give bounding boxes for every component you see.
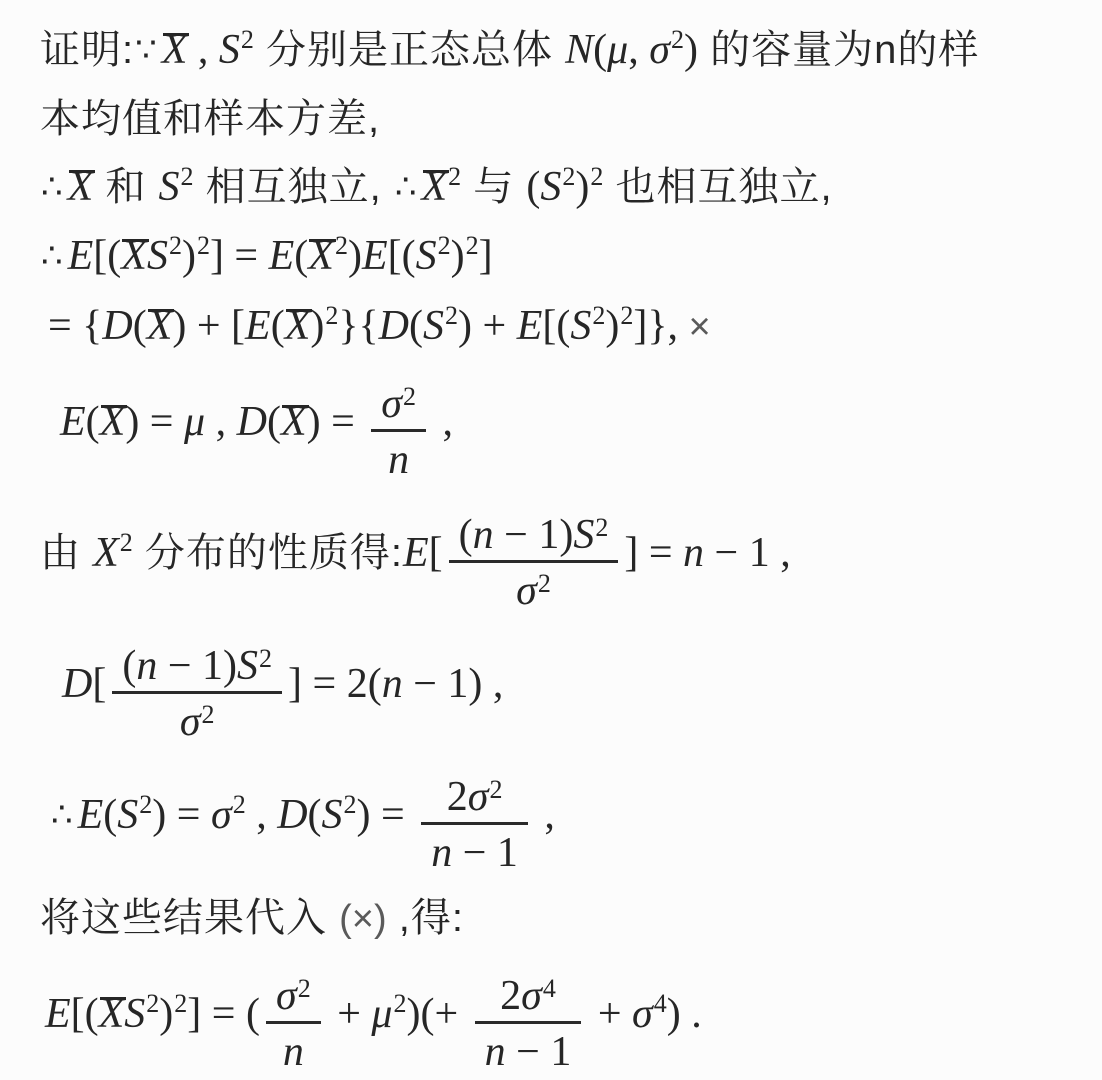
math-variable: μ — [607, 27, 628, 73]
fraction: σ2n — [371, 369, 426, 483]
math-variable: D — [277, 792, 307, 838]
proof-line-10: 将这些结果代入 (×) ,得: — [40, 893, 1090, 944]
cross-mark: (×) — [339, 898, 387, 940]
math-operator: , — [187, 27, 219, 73]
fraction: 2σ4n − 1 — [475, 961, 582, 1075]
math-operator: − 1 , — [704, 530, 791, 576]
x-bar-variable: X — [121, 230, 147, 283]
math-operator: }{ — [338, 303, 378, 349]
math-variable: S — [570, 303, 591, 349]
math-operator: ) — [684, 27, 698, 73]
fraction: (n − 1)S2σ2 — [449, 500, 619, 614]
chinese-text: 本均值和样本方差, — [40, 97, 380, 141]
chinese-text: 由 — [40, 531, 93, 575]
chinese-text: 证明: — [40, 28, 134, 72]
math-variable: E — [517, 303, 543, 349]
denominator: n — [371, 429, 426, 483]
math-operator: ) — [182, 233, 196, 279]
math-variable: n — [283, 1029, 304, 1075]
math-operator: ( — [526, 164, 540, 210]
proof-line-5: = {D(X) + [E(X)2}{D(S2) + E[(S2)2]}, × — [40, 300, 1090, 353]
math-operator: [( — [388, 233, 416, 279]
math-operator: ) — [348, 233, 362, 279]
numerator: (n − 1)S2 — [449, 500, 619, 560]
math-operator: ) — [575, 164, 589, 210]
math-operator: − 1) — [494, 512, 574, 558]
x-bar-variable: X — [422, 161, 448, 214]
chinese-text: 也相互独立, — [603, 165, 832, 209]
math-operator: ( — [103, 792, 117, 838]
math-operator: [ — [92, 661, 106, 707]
math-operator: [( — [71, 991, 99, 1037]
math-operator: [( — [93, 233, 121, 279]
math-operator: ) = — [357, 792, 416, 838]
math-operator: [ — [429, 530, 443, 576]
math-variable: S — [124, 991, 145, 1037]
math-operator: − 1) , — [403, 661, 504, 707]
proof-line-11: E[(XS2)2] = (σ2n + μ2)(+ 2σ4n − 1 + σ4) … — [40, 961, 1090, 1075]
math-variable: E — [45, 991, 71, 1037]
math-operator: , — [432, 399, 453, 445]
math-variable: σ — [381, 381, 402, 427]
math-operator: ) + [ — [172, 303, 245, 349]
math-operator: ( — [593, 27, 607, 73]
math-operator: )(+ — [406, 991, 468, 1037]
fraction: (n − 1)S2σ2 — [112, 631, 282, 745]
math-variable: n — [485, 1029, 506, 1075]
math-variable: μ — [184, 399, 205, 445]
math-operator: ( — [409, 303, 423, 349]
denominator: σ2 — [112, 691, 282, 745]
x-bar-variable: X — [281, 396, 307, 449]
math-variable: n — [473, 512, 494, 558]
math-variable: S — [540, 164, 561, 210]
fraction: σ2n — [266, 961, 321, 1075]
math-variable: E — [68, 233, 94, 279]
therefore-symbol: ∴ — [394, 167, 422, 207]
chinese-text: 分别是正态总体 — [254, 28, 565, 72]
math-variable: S — [416, 233, 437, 279]
proof-line-7: 由 X2 分布的性质得:E[(n − 1)S2σ2] = n − 1 , — [40, 500, 1090, 614]
math-variable: S — [219, 27, 240, 73]
math-variable: S — [159, 164, 180, 210]
because-symbol: ∵ — [134, 30, 162, 70]
denominator: n − 1 — [475, 1021, 582, 1075]
denominator: σ2 — [449, 560, 619, 614]
math-variable: σ — [521, 973, 542, 1019]
math-operator: ) — [159, 991, 173, 1037]
math-variable: n — [388, 437, 409, 483]
math-operator: − 1 — [506, 1029, 572, 1075]
math-variable: E — [403, 530, 429, 576]
math-operator: ) — [451, 233, 465, 279]
math-variable: D — [62, 661, 92, 707]
math-variable: σ — [211, 792, 232, 838]
math-variable: μ — [371, 991, 392, 1037]
math-variable: n — [382, 661, 403, 707]
math-operator: ( — [271, 303, 285, 349]
math-operator: , — [628, 27, 649, 73]
math-operator: ( — [122, 643, 136, 689]
math-variable: σ — [516, 568, 537, 614]
math-operator: ( — [459, 512, 473, 558]
math-variable: N — [565, 27, 593, 73]
math-variable: D — [102, 303, 132, 349]
numerator: 2σ2 — [421, 762, 528, 822]
math-variable: σ — [632, 991, 653, 1037]
chinese-text: 与 — [461, 165, 526, 209]
math-operator: 2 — [447, 774, 468, 820]
math-variable: S — [322, 792, 343, 838]
denominator: n — [266, 1021, 321, 1075]
numerator: 2σ4 — [475, 961, 582, 1021]
math-operator: ) = — [152, 792, 211, 838]
math-operator: ] = ( — [187, 991, 260, 1037]
proof-line-8: D[(n − 1)S2σ2] = 2(n − 1) , — [40, 631, 1090, 745]
x-bar-variable: X — [162, 24, 188, 77]
numerator: (n − 1)S2 — [112, 631, 282, 691]
math-variable: D — [237, 399, 267, 445]
math-variable: S — [147, 233, 168, 279]
proof-document: 证明:∵X , S2 分别是正态总体 N(μ, σ2) 的容量为n的样本均值和样… — [0, 0, 1102, 1075]
denominator: n − 1 — [421, 822, 528, 876]
math-operator: + — [587, 991, 632, 1037]
math-operator: , — [246, 792, 278, 838]
chinese-text: 将这些结果代入 — [40, 896, 339, 940]
math-operator: = { — [48, 303, 102, 349]
math-operator: ( — [267, 399, 281, 445]
math-operator: ) + — [458, 303, 517, 349]
numerator: σ2 — [266, 961, 321, 1021]
math-variable: E — [362, 233, 388, 279]
math-operator: ( — [308, 792, 322, 838]
math-variable: σ — [649, 27, 670, 73]
math-operator: ) — [310, 303, 324, 349]
math-operator: ) — [605, 303, 619, 349]
math-operator: ( — [133, 303, 147, 349]
math-operator: − 1) — [157, 643, 237, 689]
chinese-text: 的容量为n的样 — [698, 28, 979, 72]
chinese-text: 和 — [93, 165, 158, 209]
x-bar-variable: X — [308, 230, 334, 283]
math-operator: ) . — [667, 991, 702, 1037]
math-variable: E — [269, 233, 295, 279]
math-variable: E — [60, 399, 86, 445]
math-operator: ( — [86, 399, 100, 445]
math-operator: ) = — [125, 399, 184, 445]
math-variable: σ — [468, 774, 489, 820]
math-variable: E — [245, 303, 271, 349]
math-operator: , — [534, 792, 555, 838]
math-operator: − 1 — [452, 830, 518, 876]
math-operator: [( — [542, 303, 570, 349]
therefore-symbol: ∴ — [40, 167, 68, 207]
math-variable: σ — [180, 699, 201, 745]
math-operator: ) = — [307, 399, 366, 445]
proof-line-4: ∴E[(XS2)2] = E(X2)E[(S2)2] — [40, 230, 1090, 283]
math-variable: n — [683, 530, 704, 576]
math-variable: S — [423, 303, 444, 349]
math-variable: E — [78, 792, 104, 838]
math-operator: ] = — [210, 233, 269, 279]
math-variable: σ — [276, 973, 297, 1019]
x-bar-variable: X — [68, 161, 94, 214]
therefore-symbol: ∴ — [40, 236, 68, 276]
cross-mark: × — [689, 306, 711, 348]
math-operator: ( — [294, 233, 308, 279]
math-variable: S — [117, 792, 138, 838]
proof-line-3: ∴X 和 S2 相互独立, ∴X2 与 (S2)2 也相互独立, — [40, 161, 1090, 214]
math-operator: ]}, — [633, 303, 688, 349]
math-operator: + — [327, 991, 372, 1037]
math-variable: n — [431, 830, 452, 876]
math-operator: ] = 2( — [288, 661, 382, 707]
proof-line-9: ∴E(S2) = σ2 , D(S2) = 2σ2n − 1 , — [40, 762, 1090, 876]
therefore-symbol: ∴ — [50, 795, 78, 835]
proof-line-1: 证明:∵X , S2 分别是正态总体 N(μ, σ2) 的容量为n的样 — [40, 24, 1090, 77]
math-variable: S — [573, 512, 594, 558]
math-operator: 2 — [500, 973, 521, 1019]
math-variable: n — [136, 643, 157, 689]
x-bar-variable: X — [100, 396, 126, 449]
chinese-text: ,得: — [387, 896, 464, 940]
chinese-text: 分布的性质得: — [133, 531, 403, 575]
math-variable: X — [93, 530, 119, 576]
x-bar-variable: X — [285, 300, 311, 353]
fraction: 2σ2n − 1 — [421, 762, 528, 876]
chinese-text: 相互独立, — [194, 165, 394, 209]
numerator: σ2 — [371, 369, 426, 429]
x-bar-variable: X — [99, 988, 125, 1041]
math-variable: S — [237, 643, 258, 689]
math-operator: ] — [479, 233, 493, 279]
math-variable: D — [379, 303, 409, 349]
math-operator: , — [205, 399, 237, 445]
proof-line-6: E(X) = μ , D(X) = σ2n , — [40, 369, 1090, 483]
proof-line-2: 本均值和样本方差, — [40, 94, 1090, 144]
x-bar-variable: X — [147, 300, 173, 353]
math-operator: ] = — [624, 530, 683, 576]
